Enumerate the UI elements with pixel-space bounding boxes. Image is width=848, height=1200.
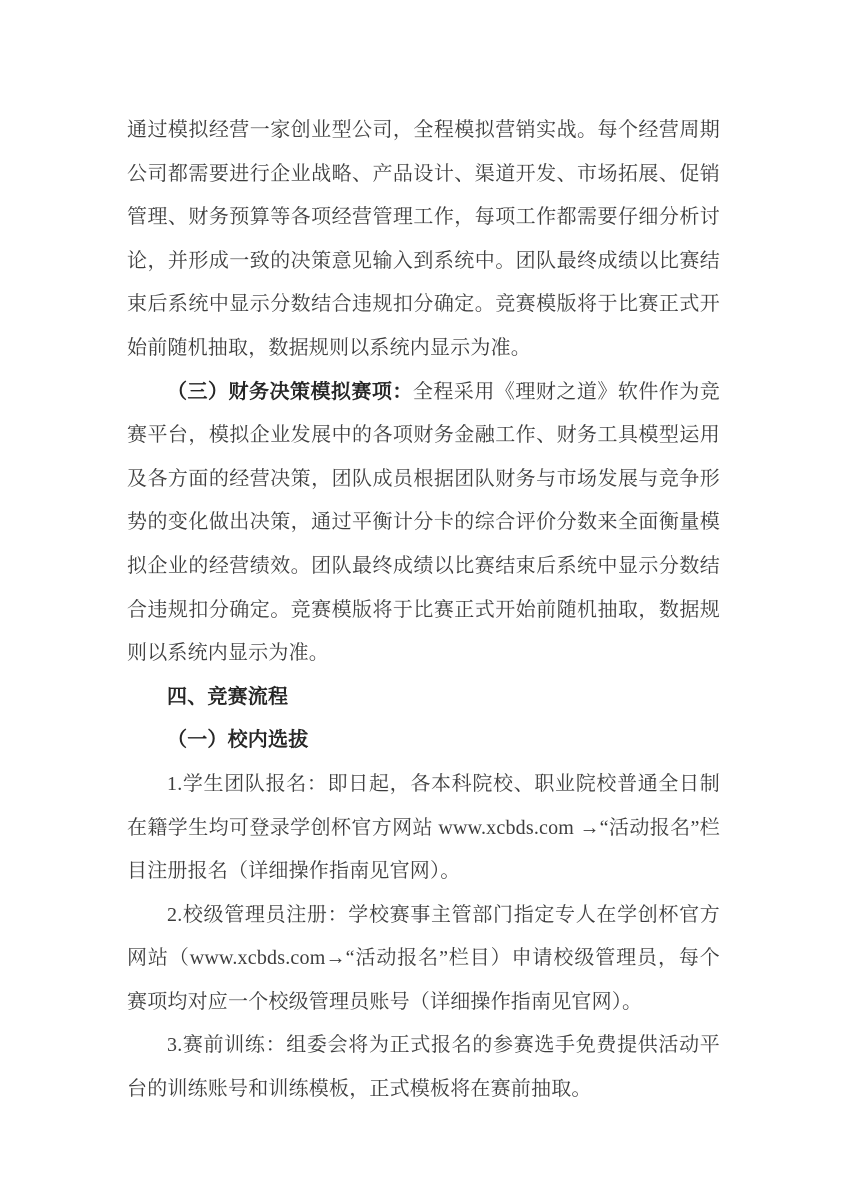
paragraph-student-team-registration: 1.学生团队报名：即日起，各本科院校、职业院校普通全日制在籍学生均可登录学创杯官… bbox=[127, 763, 720, 894]
document-content: 通过模拟经营一家创业型公司，全程模拟营销实战。每个经营周期公司都需要进行企业战略… bbox=[127, 109, 720, 1112]
heading-school-selection: （一）校内选拔 bbox=[127, 719, 720, 763]
paragraph-body-finance-decision-sim: 全程采用《理财之道》软件作为竞赛平台，模拟企业发展中的各项财务金融工作、财务工具… bbox=[127, 381, 720, 665]
paragraph-finance-decision-sim: （三）财务决策模拟赛项：全程采用《理财之道》软件作为竞赛平台，模拟企业发展中的各… bbox=[127, 371, 720, 676]
paragraph-lead-finance-decision-sim: （三）财务决策模拟赛项： bbox=[167, 381, 413, 403]
paragraph-marketing-sim-continuation: 通过模拟经营一家创业型公司，全程模拟营销实战。每个经营周期公司都需要进行企业战略… bbox=[127, 109, 720, 371]
heading-competition-process: 四、竞赛流程 bbox=[127, 676, 720, 720]
paragraph-pre-competition-training: 3.赛前训练：组委会将为正式报名的参赛选手免费提供活动平台的训练账号和训练模板，… bbox=[127, 1024, 720, 1111]
document-page: 通过模拟经营一家创业型公司，全程模拟营销实战。每个经营周期公司都需要进行企业战略… bbox=[0, 0, 848, 1200]
paragraph-school-admin-registration: 2.校级管理员注册：学校赛事主管部门指定专人在学创杯官方网站（www.xcbds… bbox=[127, 894, 720, 1025]
